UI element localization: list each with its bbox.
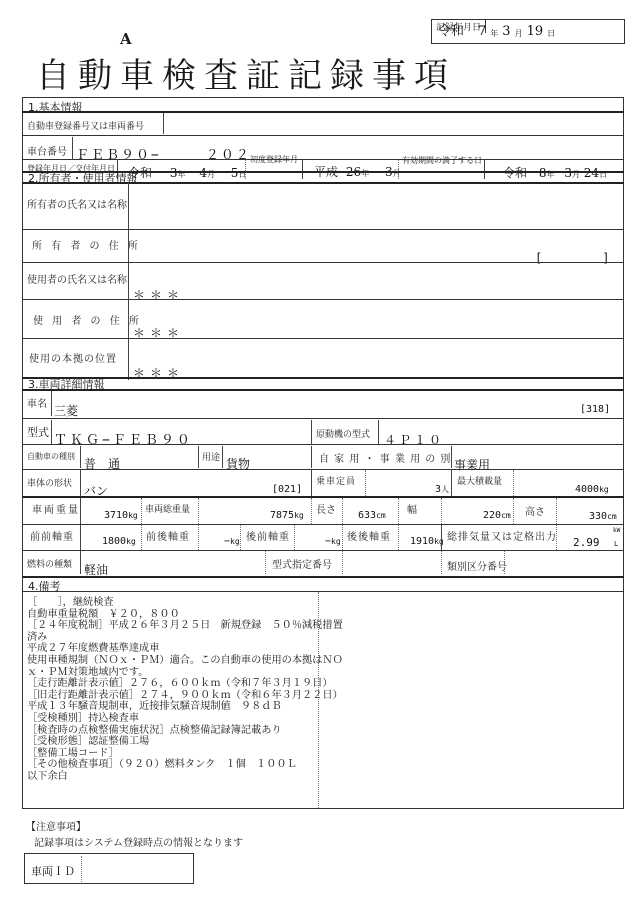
rr-axle-label: 後後軸重 bbox=[347, 528, 391, 543]
divider bbox=[398, 525, 399, 550]
max-load-unit: kg bbox=[599, 485, 609, 494]
rr-axle-value: 1910kg bbox=[410, 536, 444, 547]
divider bbox=[22, 159, 624, 160]
vehicle-weight-value: 3710kg bbox=[104, 510, 138, 521]
divider bbox=[265, 551, 266, 574]
record-date-month: 3 bbox=[502, 24, 510, 39]
expiry-era: 令和 bbox=[503, 166, 527, 180]
remarks-line: ［整備工場コード］ bbox=[27, 748, 343, 760]
record-date-era: 令和 bbox=[438, 20, 464, 39]
remarks-line: ［受検形態］認証整備工場 bbox=[27, 736, 343, 748]
divider bbox=[302, 160, 303, 179]
divider bbox=[311, 470, 312, 496]
divider bbox=[80, 525, 81, 550]
divider bbox=[245, 160, 246, 179]
max-load-label: 最大積載量 bbox=[457, 474, 502, 487]
fr-axle-unit: kg bbox=[230, 537, 240, 546]
divider bbox=[398, 160, 399, 179]
divider bbox=[22, 182, 624, 184]
divider bbox=[22, 469, 624, 470]
width-number: 220 bbox=[483, 510, 501, 521]
car-name-value: 三菱 bbox=[54, 402, 78, 419]
unit-year: 年 bbox=[490, 28, 498, 39]
purpose-label: 用途 bbox=[202, 450, 220, 463]
first-reg-label: 初度登録年月 bbox=[250, 154, 298, 165]
private-business-label: 自 家 用 ・ 事 業 用 の 別 bbox=[319, 450, 451, 465]
remarks-text: ［ ］，継続検査自動車重量税額 ￥２０，８００［２４年度税制］平成２６年３月２５… bbox=[27, 597, 343, 783]
divider bbox=[311, 420, 312, 444]
chassis-number-value: ＦＥＢ９０− ２０２ bbox=[76, 144, 251, 163]
remarks-line: ｘ・ＰＭ対策地域内です。 bbox=[27, 667, 343, 679]
gross-weight-unit: kg bbox=[294, 511, 304, 520]
divider bbox=[311, 446, 312, 468]
user-name-value: ＊＊＊ bbox=[133, 286, 184, 303]
divider bbox=[22, 135, 624, 136]
page-title: 自動車検査証記録事項 bbox=[36, 48, 456, 97]
owner-address-label: 所 有 者 の 住 所 bbox=[32, 237, 141, 252]
remarks-line: ［受検種別］持込検査車 bbox=[27, 713, 343, 725]
remarks-line: ［その他検査事項］（９２０）燃料タンク １個 １００Ｌ bbox=[27, 759, 343, 771]
capacity-value: 3人 bbox=[435, 484, 449, 495]
owner-name-label: 所有者の氏名又は名称 bbox=[27, 196, 127, 211]
divider bbox=[22, 389, 624, 391]
vehicle-id-label: 車両ＩＤ bbox=[31, 863, 75, 879]
remarks-line: ［旧走行距離計表示値］２７４，９００ｋｍ（令和６年３月２２日） bbox=[27, 690, 343, 702]
remarks-line: ［２４年度税制］平成２６年３月２５日 新規登録 ５０％減税措置 bbox=[27, 620, 343, 632]
remarks-line: ［走行距離計表示値］２７６，６００ｋｍ（令和７年３月１９日） bbox=[27, 678, 343, 690]
divider bbox=[222, 446, 223, 468]
divider bbox=[198, 498, 199, 524]
divider bbox=[378, 420, 379, 444]
divider bbox=[342, 551, 343, 574]
divider bbox=[22, 444, 624, 445]
remarks-line: ［ ］，継続検査 bbox=[27, 597, 343, 609]
displacement-unit-kw: kW bbox=[613, 527, 620, 534]
capacity-label: 乗車定員 bbox=[316, 474, 356, 487]
owner-address-bracket: [ ] bbox=[535, 249, 609, 266]
divider bbox=[556, 498, 557, 524]
divider bbox=[484, 160, 485, 179]
divider bbox=[398, 498, 399, 524]
divider bbox=[22, 377, 624, 379]
caution-text: 記録事項はシステム登録時点の情報となります bbox=[34, 834, 243, 849]
rf-axle-label: 後前軸重 bbox=[246, 528, 290, 543]
form-mark: A bbox=[120, 30, 132, 48]
height-number: 330 bbox=[589, 511, 607, 522]
divider bbox=[504, 551, 505, 574]
height-unit: cm bbox=[607, 512, 617, 521]
divider bbox=[342, 525, 343, 550]
gross-weight-number: 7875 bbox=[270, 510, 294, 521]
height-value: 330cm bbox=[589, 511, 617, 522]
body-shape-label: 車体の形状 bbox=[27, 476, 72, 489]
width-value: 220cm bbox=[483, 510, 511, 521]
reg-date-month: 4 bbox=[199, 166, 207, 180]
rr-axle-unit: kg bbox=[434, 537, 444, 546]
divider bbox=[513, 498, 514, 524]
vehicle-weight-number: 3710 bbox=[104, 510, 128, 521]
divider bbox=[81, 856, 82, 882]
divider bbox=[80, 498, 81, 524]
displacement-value: 2.99 bbox=[573, 536, 600, 549]
record-date-day: 19 bbox=[527, 24, 544, 39]
category-number-label: 類別区分番号 bbox=[447, 558, 507, 573]
divider bbox=[441, 525, 442, 550]
divider bbox=[22, 111, 624, 113]
car-name-code: [318] bbox=[580, 404, 610, 415]
ff-axle-number: 1800 bbox=[102, 536, 126, 547]
private-business-value: 事業用 bbox=[454, 456, 490, 473]
remarks-line: ［検査時の点検整備実施状況］点検整備記録簿記載あり bbox=[27, 725, 343, 737]
vehicle-weight-unit: kg bbox=[128, 511, 138, 520]
divider bbox=[441, 551, 442, 574]
divider bbox=[80, 470, 81, 496]
remarks-line: 使用車種規制（ＮＯｘ・ＰＭ）適合。この自動車の使用の本拠はＮＯ bbox=[27, 655, 343, 667]
model-value: ＴＫＧ−ＦＥＢ９０ bbox=[54, 429, 193, 448]
engine-model-value: ４Ｐ１０ bbox=[384, 431, 444, 448]
divider bbox=[441, 498, 442, 524]
divider bbox=[128, 183, 129, 380]
divider bbox=[513, 470, 514, 496]
ff-axle-unit: kg bbox=[126, 537, 136, 546]
divider bbox=[198, 525, 199, 550]
remarks-line: 平成２７年度燃費基準達成車 bbox=[27, 643, 343, 655]
displacement-unit-l: L bbox=[614, 540, 618, 548]
divider bbox=[22, 418, 624, 419]
ff-axle-label: 前前軸重 bbox=[30, 528, 74, 543]
length-value: 633cm bbox=[358, 510, 386, 521]
rr-axle-number: 1910 bbox=[410, 536, 434, 547]
rf-axle-unit: kg bbox=[331, 537, 341, 546]
length-unit: cm bbox=[376, 511, 386, 520]
max-load-value: 4000kg bbox=[575, 484, 609, 495]
divider bbox=[342, 498, 343, 524]
displacement-label: 総排気量又は定格出力 bbox=[447, 528, 557, 543]
divider bbox=[451, 446, 452, 468]
expiry-day: 24 bbox=[584, 166, 599, 180]
remarks-line: 平成１３年騒音規制車，近接排気騒音規制値 ９８ｄＢ bbox=[27, 701, 343, 713]
expiry-label: 有効期間の満了する日 bbox=[402, 155, 482, 166]
divider bbox=[22, 591, 624, 592]
vehicle-weight-label: 車両重量 bbox=[32, 501, 80, 516]
unit-day: 日 bbox=[547, 28, 555, 39]
fr-axle-value: −kg bbox=[224, 536, 240, 547]
divider bbox=[51, 391, 52, 416]
length-label: 長さ bbox=[316, 501, 336, 516]
length-number: 633 bbox=[358, 510, 376, 521]
divider bbox=[80, 446, 81, 468]
body-shape-code: [021] bbox=[272, 484, 302, 495]
caution-title: 【注意事項】 bbox=[26, 818, 86, 833]
remarks-line: 済み bbox=[27, 632, 343, 644]
divider bbox=[80, 551, 81, 574]
remarks-line: 以下余白 bbox=[27, 771, 343, 783]
max-load-number: 4000 bbox=[575, 484, 599, 495]
engine-model-label: 原動機の型式 bbox=[316, 427, 370, 440]
gross-weight-label: 車両総重量 bbox=[145, 502, 190, 515]
car-name-label: 車名 bbox=[27, 395, 47, 410]
divider bbox=[141, 525, 142, 550]
rf-axle-value: −kg bbox=[325, 536, 341, 547]
divider bbox=[22, 338, 624, 339]
type-designation-label: 型式指定番号 bbox=[272, 556, 332, 571]
divider bbox=[22, 496, 624, 498]
user-name-label: 使用者の氏名又は名称 bbox=[27, 271, 127, 286]
fr-axle-label: 前後軸重 bbox=[146, 528, 190, 543]
vehicle-type-label: 自動車の種別 bbox=[27, 451, 75, 462]
divider bbox=[365, 470, 366, 496]
divider bbox=[163, 113, 164, 134]
expiry-month: 3 bbox=[564, 166, 572, 180]
vehicle-id-box: 車両ＩＤ bbox=[24, 853, 194, 884]
unit-month: 月 bbox=[515, 28, 523, 39]
width-label: 幅 bbox=[407, 501, 417, 516]
divider bbox=[22, 299, 624, 300]
divider bbox=[451, 470, 452, 496]
divider bbox=[311, 498, 312, 524]
divider bbox=[22, 262, 624, 263]
fuel-label: 燃料の種類 bbox=[27, 557, 72, 570]
reg-number-label: 自動車登録番号又は車両番号 bbox=[27, 119, 144, 132]
width-unit: cm bbox=[501, 511, 511, 520]
divider bbox=[22, 576, 624, 578]
divider bbox=[22, 524, 624, 525]
divider bbox=[556, 525, 557, 550]
divider bbox=[72, 137, 73, 159]
height-label: 高さ bbox=[525, 503, 545, 518]
chassis-number-label: 車台番号 bbox=[27, 143, 67, 158]
divider bbox=[22, 550, 624, 551]
base-location-label: 使用の本拠の位置 bbox=[29, 350, 117, 365]
divider bbox=[294, 525, 295, 550]
record-date-year: 7 bbox=[478, 24, 486, 39]
record-date-box: 記録年月日 令和 7年 3月 19日 bbox=[431, 19, 625, 44]
gross-weight-value: 7875kg bbox=[270, 510, 304, 521]
model-label: 型式 bbox=[27, 424, 49, 440]
divider bbox=[240, 525, 241, 550]
divider bbox=[198, 446, 199, 468]
divider bbox=[22, 229, 624, 230]
user-address-label: 使 用 者 の 住 所 bbox=[33, 312, 142, 327]
remarks-line: 自動車重量税額 ￥２０，８００ bbox=[27, 609, 343, 621]
divider bbox=[51, 420, 52, 444]
divider bbox=[141, 498, 142, 524]
capacity-unit: 人 bbox=[441, 485, 449, 494]
ff-axle-value: 1800kg bbox=[102, 536, 136, 547]
record-date-value: 令和 7年 3月 19日 bbox=[432, 20, 555, 42]
